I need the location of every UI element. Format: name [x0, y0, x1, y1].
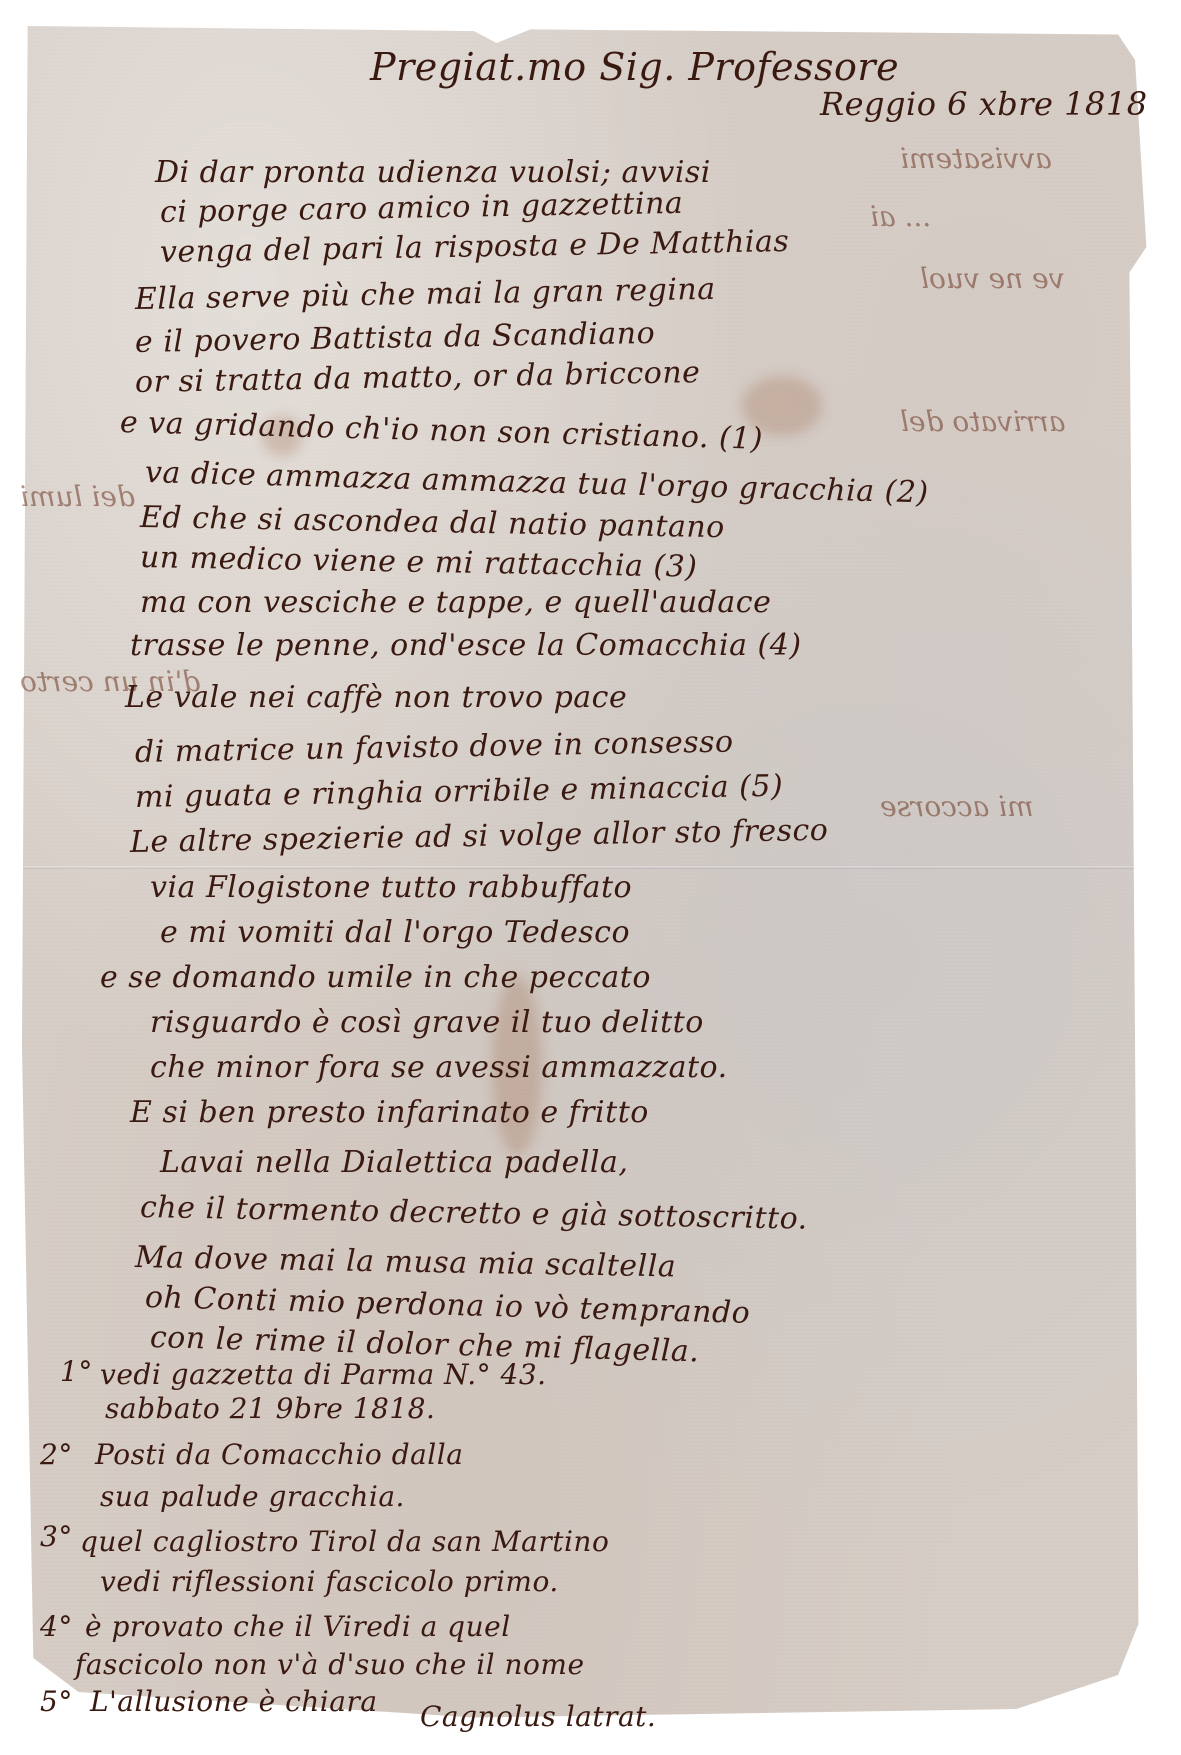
bleed-through-text: avvisatemi	[900, 142, 1052, 175]
note-text: quel cagliostro Tirol da san Martino	[80, 1525, 609, 1558]
note-text: sabbato 21 9bre 1818.	[105, 1392, 435, 1425]
note-text: L'allusione è chiara	[90, 1685, 378, 1718]
bleed-through-text: mi accorse	[880, 790, 1034, 823]
note-number: 1°	[60, 1355, 93, 1388]
note-text: Posti da Comacchio dalla	[95, 1438, 463, 1471]
paper-fold	[22, 866, 1152, 869]
note-number: 3°	[40, 1520, 73, 1553]
place-date: Reggio 6 xbre 1818	[820, 85, 1148, 123]
note-text: Cagnolus latrat.	[420, 1700, 656, 1733]
poem-line: Di dar pronta udienza vuolsi; avvisi	[155, 155, 711, 190]
note-number: 2°	[40, 1438, 73, 1471]
poem-line: Lavai nella Dialettica padella,	[160, 1145, 628, 1180]
note-text: vedi riflessioni fascicolo primo.	[100, 1565, 559, 1598]
note-number: 5°	[40, 1685, 73, 1718]
poem-line: e se domando umile in che peccato	[100, 960, 651, 995]
poem-line: E si ben presto infarinato e fritto	[130, 1095, 649, 1130]
poem-line: ma con vesciche e tappe, e quell'audace	[140, 585, 771, 620]
bleed-through-text: arrivato del	[900, 405, 1065, 438]
note-number: 4°	[40, 1610, 73, 1643]
poem-line: risguardo è così grave il tuo delitto	[150, 1005, 704, 1040]
poem-line: che minor fora se avessi ammazzato.	[150, 1050, 728, 1085]
note-text: è provato che il Viredi a quel	[85, 1610, 511, 1643]
salutation: Pregiat.mo Sig. Professore	[370, 45, 899, 89]
note-text: vedi gazzetta di Parma N.° 43.	[100, 1358, 547, 1391]
bleed-through-text: dei lumi	[20, 480, 135, 513]
poem-line: Le vale nei caffè non trovo pace	[125, 680, 627, 715]
note-text: fascicolo non v'à d'suo che il nome	[75, 1648, 585, 1681]
poem-line: e mi vomiti dal l'orgo Tedesco	[160, 915, 630, 950]
bleed-through-text: ve ne vuol	[920, 262, 1064, 295]
poem-line: trasse le penne, ond'esce la Comacchia (…	[130, 628, 802, 663]
poem-line: via Flogistone tutto rabbuffato	[150, 870, 632, 905]
note-text: sua palude gracchia.	[100, 1480, 405, 1513]
bleed-through-text: ... ai	[870, 200, 931, 233]
